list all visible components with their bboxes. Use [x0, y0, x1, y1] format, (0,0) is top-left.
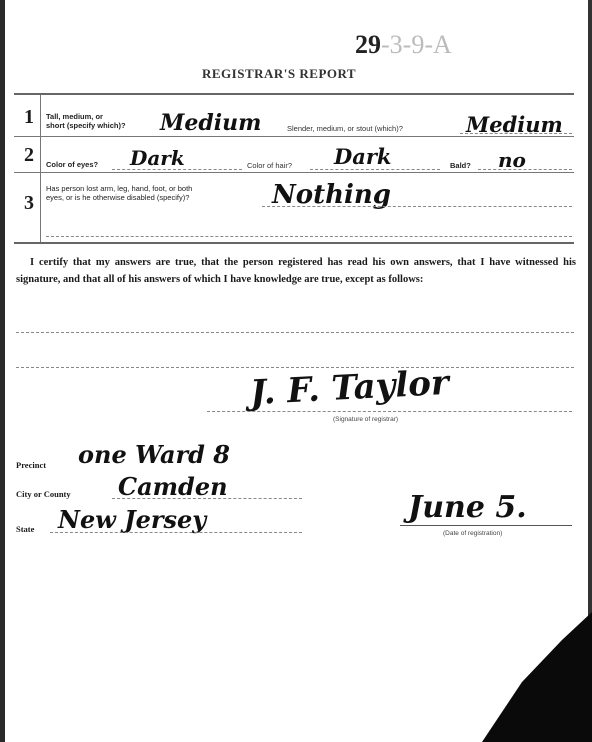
hair-color-line — [310, 169, 440, 170]
signature-caption: (Signature of registrar) — [333, 416, 398, 423]
bald-line — [478, 169, 572, 170]
date-caption: (Date of registration) — [443, 530, 502, 537]
disability-label-line2: eyes, or is he otherwise disabled (speci… — [46, 193, 192, 202]
scan-right-border — [588, 0, 592, 640]
disability-label-line1: Has person lost arm, leg, hand, foot, or… — [46, 184, 192, 193]
state-label: State — [16, 524, 34, 534]
eye-color-line — [112, 169, 242, 170]
height-label-line2: short (specify which)? — [46, 121, 126, 130]
city-county-value[interactable]: Camden — [118, 472, 228, 501]
row-divider-2 — [14, 172, 574, 173]
scan-left-border — [0, 0, 5, 742]
city-county-label: City or County — [16, 489, 71, 499]
hair-color-answer[interactable]: Dark — [334, 144, 391, 169]
question-1-label: Tall, medium, or short (specify which)? — [46, 112, 126, 130]
exception-line-2[interactable] — [16, 367, 574, 368]
build-answer-line — [460, 133, 572, 134]
registration-date[interactable]: June 5. — [408, 490, 527, 525]
disability-extra-line — [46, 236, 572, 237]
table-top-border — [14, 93, 574, 95]
disability-label: Has person lost arm, leg, hand, foot, or… — [46, 184, 192, 202]
build-label: Slender, medium, or stout (which)? — [287, 124, 403, 133]
disability-answer-line — [262, 206, 572, 207]
number-column-divider — [40, 95, 41, 243]
question-number-1: 1 — [24, 106, 34, 129]
signature-line — [207, 411, 572, 412]
serial-number: 29-3-9-A — [355, 30, 452, 60]
precinct-value[interactable]: one Ward 8 — [78, 440, 230, 469]
height-answer[interactable]: Medium — [160, 110, 261, 136]
certification-text: I certify that my answers are true, that… — [16, 254, 576, 288]
question-number-2: 2 — [24, 144, 34, 167]
scan-corner-shadow — [482, 612, 592, 742]
height-label-line1: Tall, medium, or — [46, 112, 126, 121]
serial-number-stamp: -3-9-A — [381, 30, 452, 59]
city-county-line — [112, 498, 302, 499]
bald-label: Bald? — [450, 161, 471, 170]
page-title: REGISTRAR'S REPORT — [202, 66, 356, 82]
eye-color-label: Color of eyes? — [46, 160, 98, 169]
question-number-3: 3 — [24, 192, 34, 215]
serial-number-printed: 29 — [355, 30, 381, 59]
exception-line-1[interactable] — [16, 332, 574, 333]
table-bottom-border — [14, 242, 574, 244]
state-value[interactable]: New Jersey — [58, 505, 206, 534]
state-line — [50, 532, 302, 533]
eye-color-answer[interactable]: Dark — [130, 146, 185, 170]
hair-color-label: Color of hair? — [247, 161, 292, 170]
registrar-signature[interactable]: J. F. Taylor — [249, 363, 450, 413]
precinct-label: Precinct — [16, 460, 46, 470]
date-line — [400, 525, 572, 526]
